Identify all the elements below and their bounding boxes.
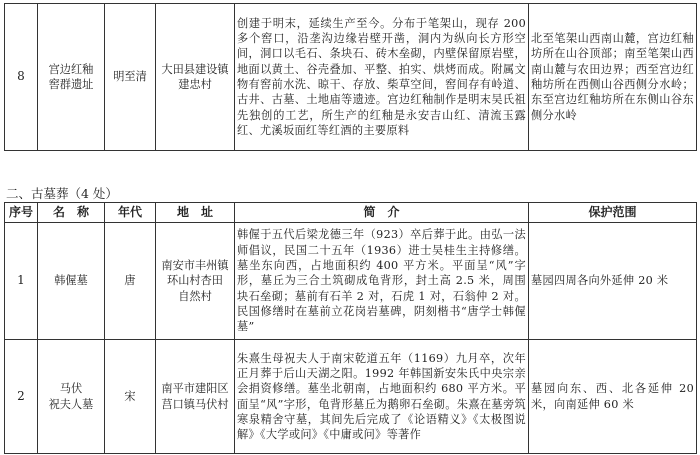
- tomb-address: 南安市丰州镇 环山村杏田 自然村: [156, 223, 235, 340]
- header-era: 年代: [105, 203, 156, 223]
- site-intro: 创建于明末，延续生产至今。分布于笔架山，现存 200 多个窖口，沿垄沟边缘岩壁开…: [235, 4, 529, 151]
- table-row: 8 宫边红釉 窖群遗址 明至清 大田县建设镇 建忠村 创建于明末，延续生产至今。…: [5, 4, 697, 151]
- ancient-tombs-table: 序号 名 称 年代 地 址 简 介 保护范围 1 韩偓墓 唐 南安市丰州镇 环山…: [4, 202, 697, 454]
- table-header-row: 序号 名 称 年代 地 址 简 介 保护范围: [5, 203, 697, 223]
- heritage-table-continued: 8 宫边红釉 窖群遗址 明至清 大田县建设镇 建忠村 创建于明末，延续生产至今。…: [4, 3, 697, 151]
- tomb-era: 唐: [105, 223, 156, 340]
- tomb-protection: 墓园四周各向外延伸 20 米: [529, 223, 697, 340]
- tomb-address: 南平市建阳区 莒口镇马伏村: [156, 340, 235, 454]
- row-index: 2: [5, 340, 38, 454]
- header-index: 序号: [5, 203, 38, 223]
- header-protection: 保护范围: [529, 203, 697, 223]
- site-era: 明至清: [105, 4, 156, 151]
- table-row: 2 马伏 祝夫人墓 宋 南平市建阳区 莒口镇马伏村 朱熹生母祝夫人于南宋乾道五年…: [5, 340, 697, 454]
- site-address: 大田县建设镇 建忠村: [156, 4, 235, 151]
- row-index: 8: [5, 4, 38, 151]
- tomb-intro: 韩偓于五代后梁龙德三年（923）卒后葬于此。由弘一法师倡议，民国二十五年（193…: [235, 223, 529, 340]
- section-title: 二、古墓葬（4 处）: [6, 184, 118, 202]
- row-index: 1: [5, 223, 38, 340]
- tomb-name: 韩偓墓: [38, 223, 105, 340]
- tomb-era: 宋: [105, 340, 156, 454]
- site-name: 宫边红釉 窖群遗址: [38, 4, 105, 151]
- tomb-protection: 墓园向东、西、北各延伸 20 米，向南延伸 60 米: [529, 340, 697, 454]
- tomb-name: 马伏 祝夫人墓: [38, 340, 105, 454]
- header-address: 地 址: [156, 203, 235, 223]
- header-intro: 简 介: [235, 203, 529, 223]
- header-name: 名 称: [38, 203, 105, 223]
- table-row: 1 韩偓墓 唐 南安市丰州镇 环山村杏田 自然村 韩偓于五代后梁龙德三年（923…: [5, 223, 697, 340]
- tomb-intro: 朱熹生母祝夫人于南宋乾道五年（1169）九月卒，次年正月葬于后山天湖之阳。199…: [235, 340, 529, 454]
- site-protection: 北至笔架山西南山麓，宫边红釉坊所在山谷顶部；南至笔架山西南山麓与农田边界；西至宫…: [529, 4, 697, 151]
